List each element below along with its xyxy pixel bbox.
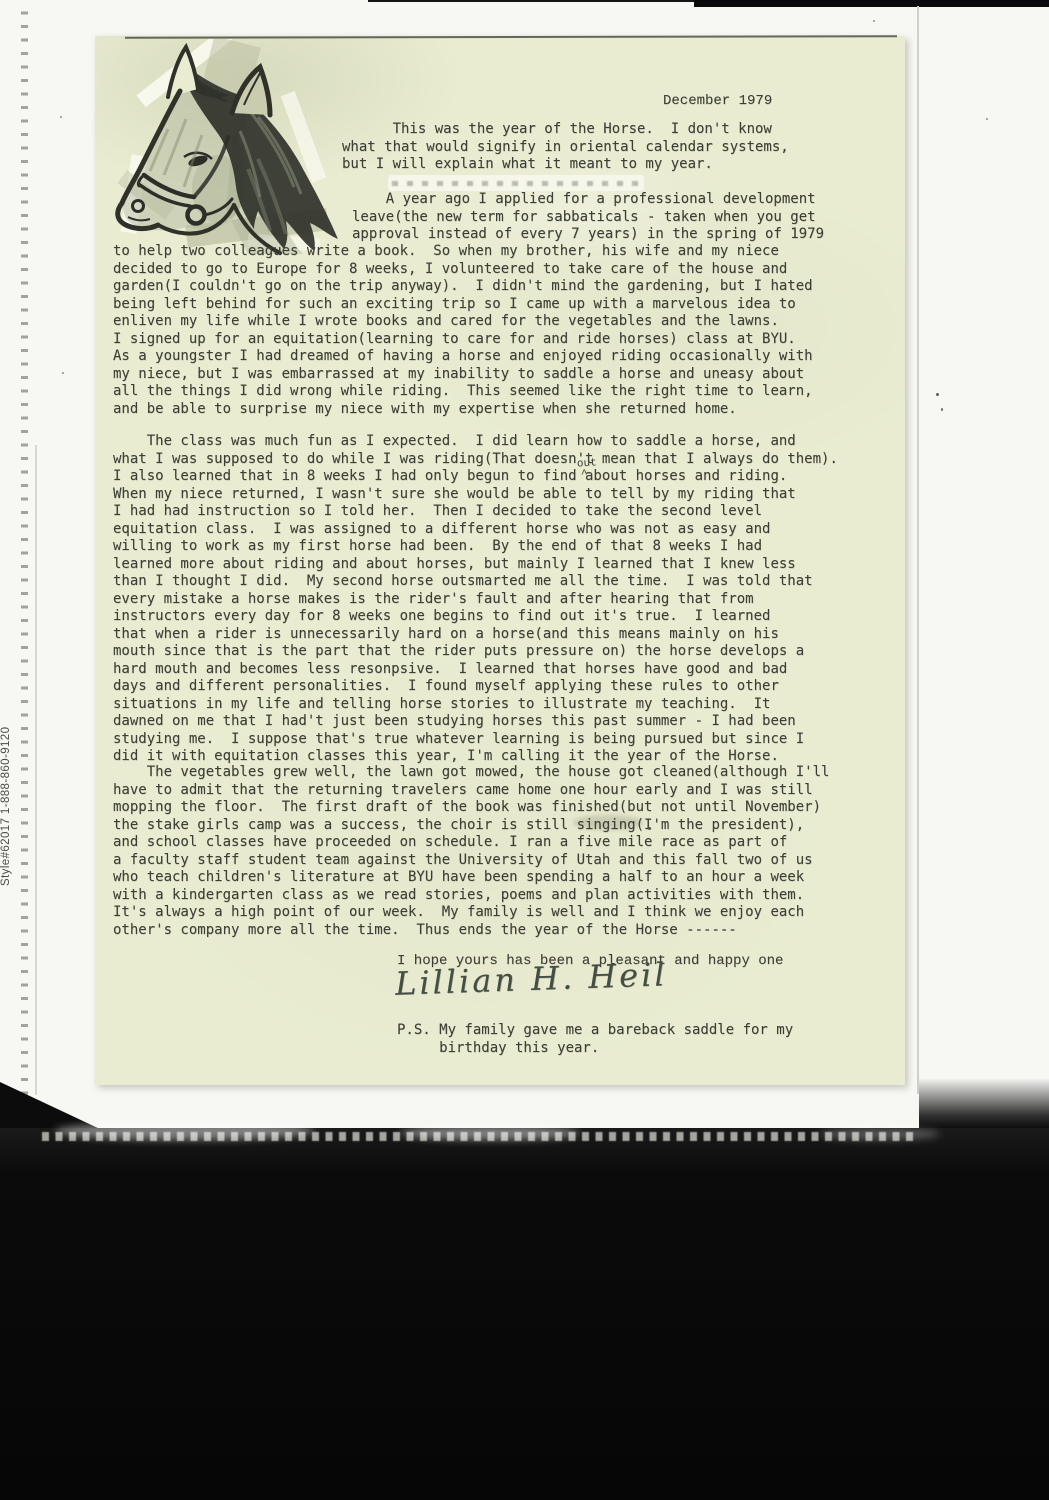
handwritten-signature: Lillian H. Heil [394, 955, 668, 1002]
scan-shadow-wedge [0, 1082, 100, 1129]
scan-top-edge-thick [694, 0, 1049, 7]
dust-speck [60, 116, 62, 118]
light-bleed-smudge [400, 1126, 580, 1140]
letter-paragraph-2-wrapped: A year ago I applied for a professional … [352, 191, 824, 244]
dust-speck [873, 20, 875, 22]
correction-ghost-text [392, 181, 638, 186]
ink-smudge [573, 815, 643, 830]
scan-shadow-fade [919, 1078, 1049, 1129]
letter-paragraph-3: The class was much fun as I expected. I … [113, 433, 838, 766]
letter-paper: December 1979 This was the year of the H… [95, 36, 905, 1085]
ps-note: P.S. My family gave me a bareback saddle… [397, 1022, 793, 1057]
insertion-caret-mark: ^ [581, 469, 588, 481]
binder-style-code-label: Style#62017 1-888-860-9120 [0, 638, 18, 886]
stray-ink-dot [648, 827, 651, 830]
light-bleed-smudge [55, 1122, 315, 1140]
scan-top-edge-thin [368, 0, 698, 2]
album-page-edge-line [917, 6, 919, 1094]
dust-speck [936, 393, 939, 396]
light-bleed-smudge [820, 1128, 940, 1140]
horse-head-sketch [98, 39, 350, 259]
correction-smudge [388, 175, 644, 191]
perforation-marks [21, 4, 28, 1124]
letter-paragraph-1: This was the year of the Horse. I don't … [342, 121, 789, 174]
scan-black-area [0, 1128, 1049, 1500]
dust-speck [986, 118, 988, 120]
dust-speck [941, 408, 943, 411]
letter-paragraph-4: The vegetables grew well, the lawn got m… [113, 764, 829, 939]
binder-inner-edge-line [35, 445, 37, 1095]
letter-date: December 1979 [663, 93, 772, 111]
dust-speck [62, 372, 64, 374]
letter-paragraph-2: to help two colleagues write a book. So … [113, 243, 813, 418]
binder-edge-strip [0, 0, 38, 1130]
